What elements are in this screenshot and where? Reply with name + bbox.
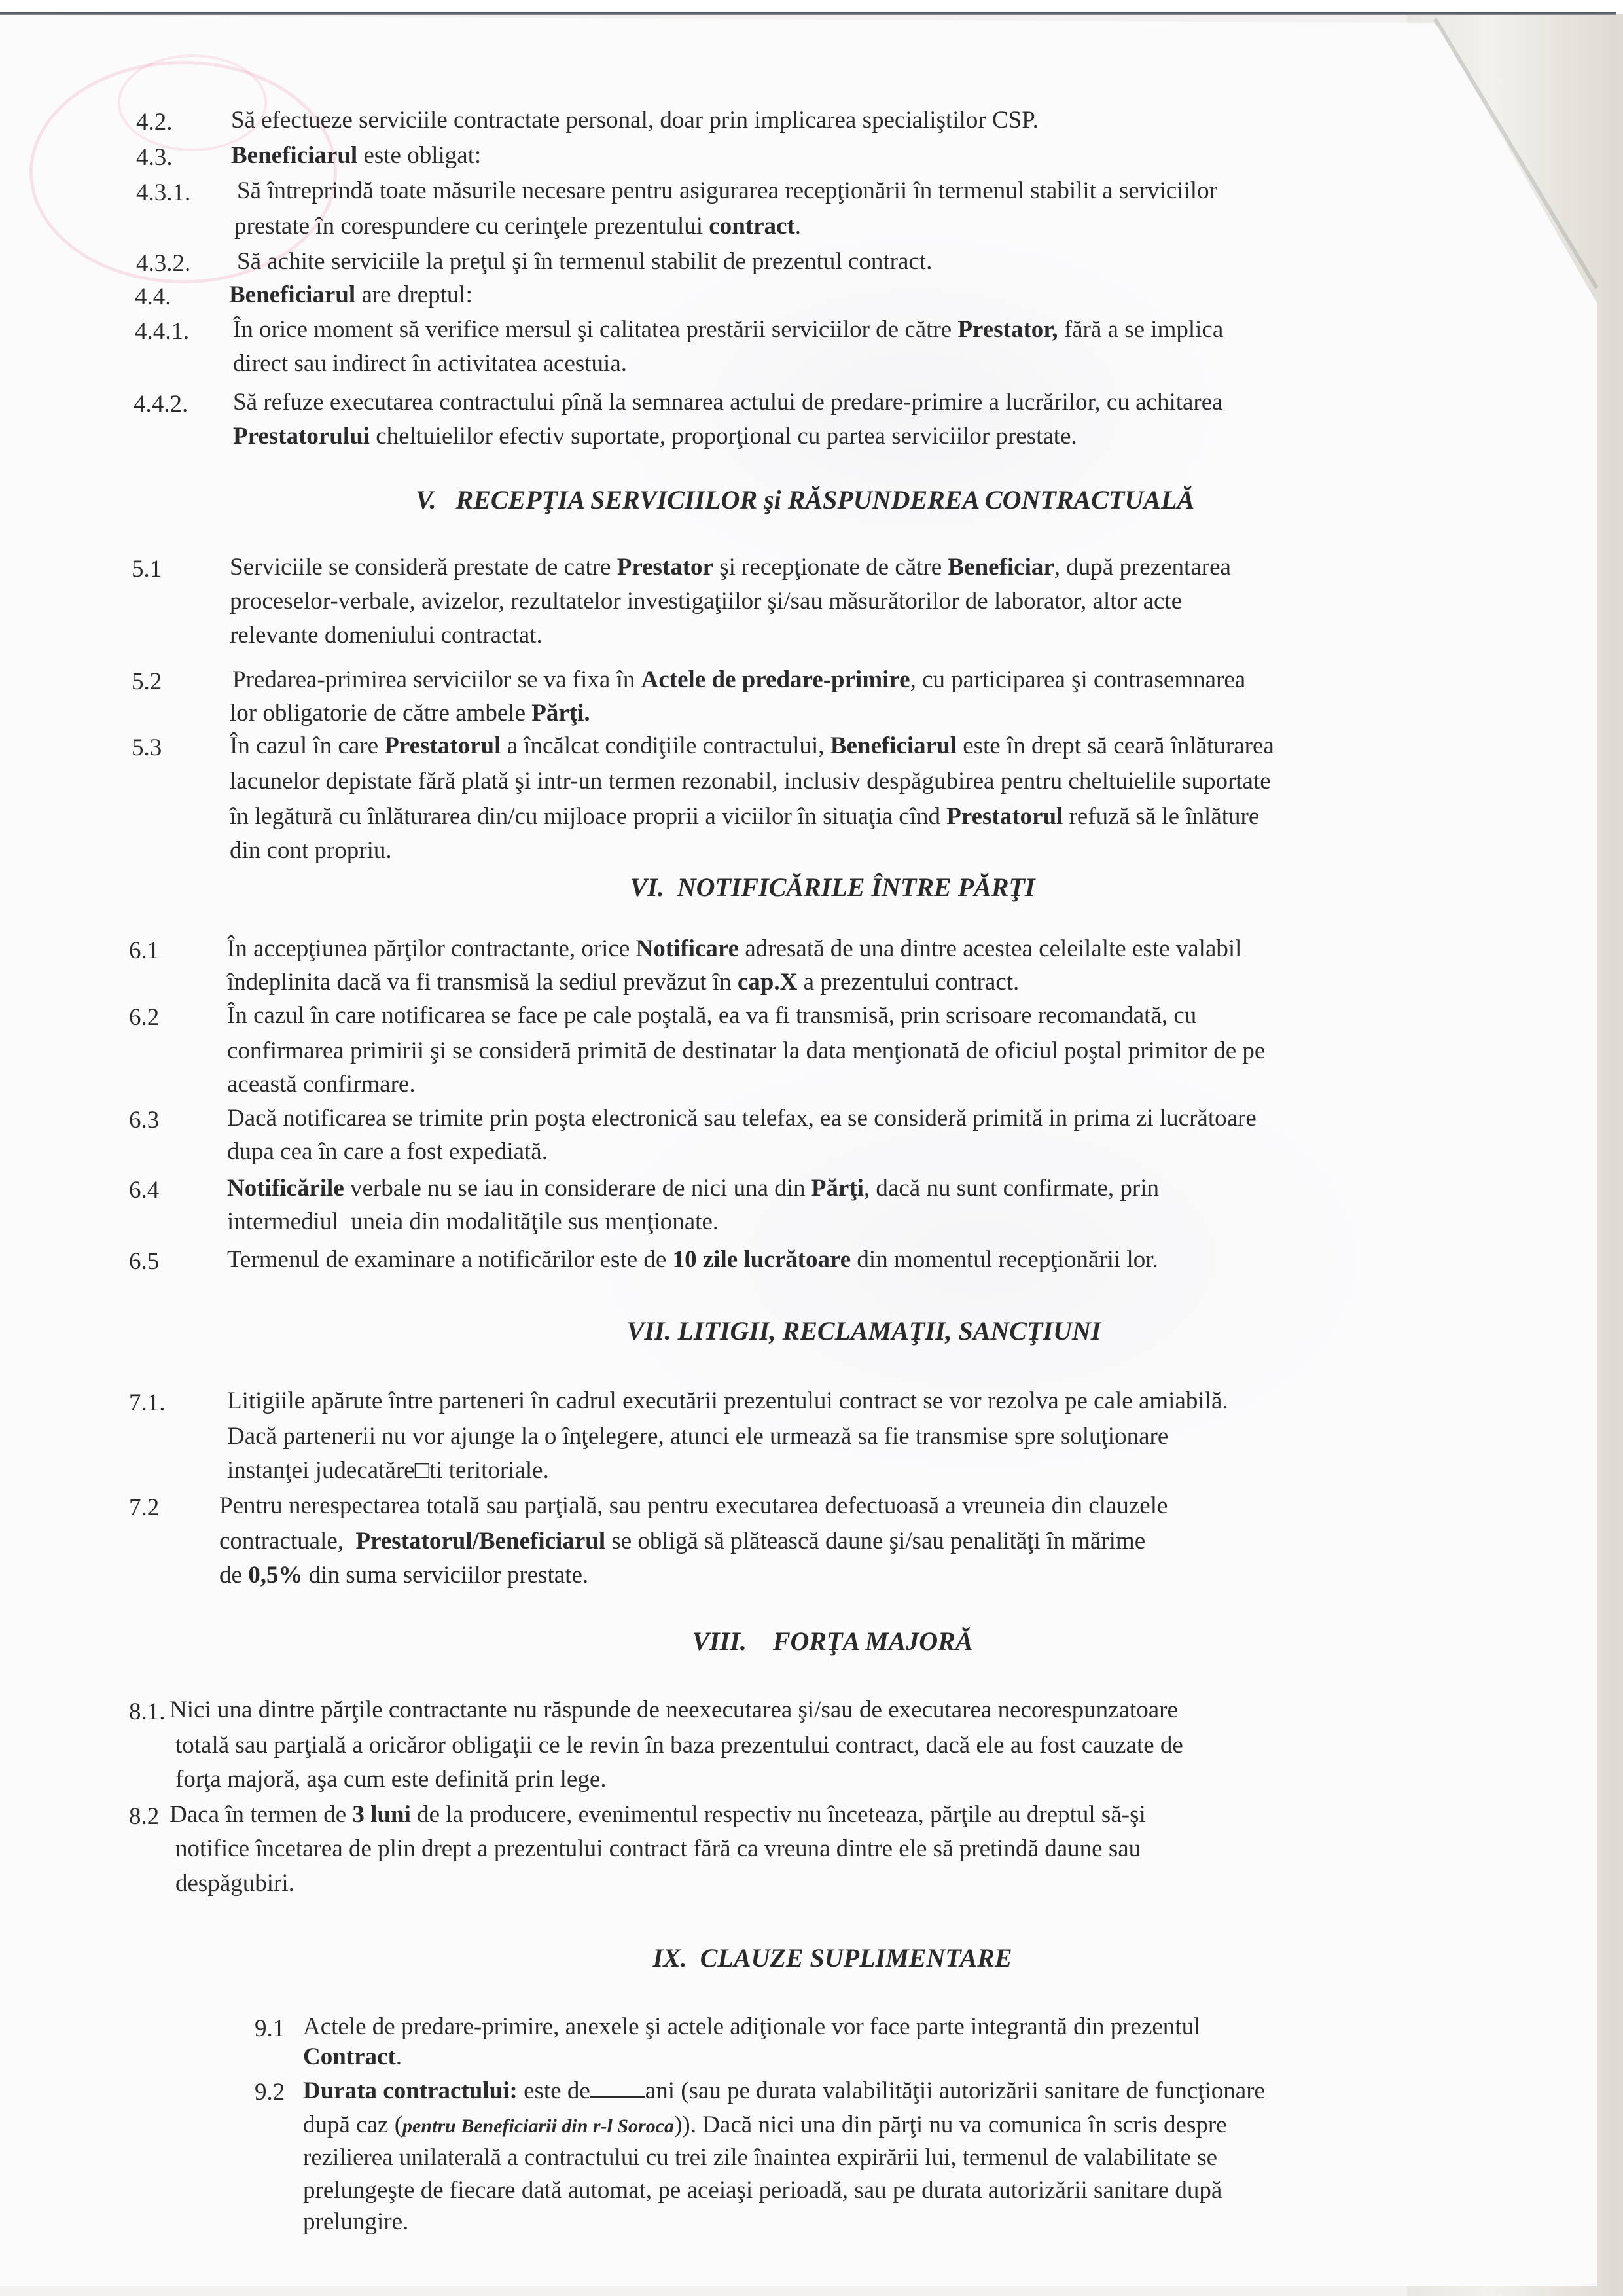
section-heading-v: V. RECEPŢIA SERVICIILOR şi RĂSPUNDEREA C… [416,484,1194,515]
clause-number: 9.1 [255,2015,285,2043]
text-run: din momentul recepţionării lor. [851,1246,1158,1273]
emphasized-term: Prestatorul [384,732,501,759]
text-run: Litigiile apărute între parteneri în cad… [227,1388,1228,1414]
clause-text-line: prelungeşte de fiecare dată automat, pe … [303,2178,1222,2202]
clause-number: 8.2 [129,1803,159,1831]
clause-number: 5.3 [132,734,162,762]
text-run: Pentru nerespectarea totală sau parţială… [219,1492,1168,1519]
section-heading-viii: VIII. FORŢA MAJORĂ [692,1626,972,1657]
clause-text-line: Durata contractului: este deani (sau pe … [303,2078,1265,2103]
text-run: această confirmare. [227,1071,416,1098]
clause-text-line: prelungire. [303,2210,408,2234]
clause-number: 7.2 [129,1494,159,1522]
emphasized-term: Durata contractului: [303,2077,518,2104]
clause-text-line: forţa majoră, aşa cum este definită prin… [175,1767,607,1791]
clause-text-line: Pentru nerespectarea totală sau parţială… [219,1494,1168,1518]
clause-text-line: direct sau indirect în activitatea acest… [233,351,627,376]
clause-number: 6.5 [129,1247,159,1276]
emphasized-term: Notificările [227,1175,344,1202]
clause-text-line: despăgubiri. [175,1871,294,1895]
clause-text-line: Termenul de examinare a notificărilor es… [227,1247,1158,1272]
clause-text-line: Actele de predare-primire, anexele şi ac… [303,2015,1200,2039]
emphasized-term: Prestator [617,554,713,581]
text-run: în legătură cu înlăturarea din/cu mijloa… [230,803,946,830]
clause-text-line: Beneficiarul are dreptul: [229,283,473,307]
text-run: cheltuielilor efectiv suportate, proporţ… [370,423,1077,450]
clause-text-line: dupa cea în care a fost expediată. [227,1139,548,1164]
text-run: refuză să le înlăture [1063,803,1259,830]
clause-number: 4.3.1. [136,179,190,207]
clause-text-line: totală sau parţială a oricăror obligaţii… [175,1733,1183,1757]
text-run: adresată de una dintre acestea celeilalt… [739,935,1241,962]
clause-text-line: Contract. [303,2045,402,2069]
text-run: )). Dacă nici una din părţi nu va comuni… [674,2111,1227,2138]
text-run: forţa majoră, aşa cum este definită prin… [175,1766,607,1793]
clause-number: 5.2 [132,668,162,696]
text-run: , dacă nu sunt confirmate, prin [864,1175,1159,1202]
emphasized-term: Părţi [811,1175,864,1202]
text-run: din cont propriu. [230,837,392,864]
text-run: prelungeşte de fiecare dată automat, pe … [303,2177,1222,2204]
text-run: Să refuze executarea contractului pînă l… [233,389,1223,416]
section-heading-ix: IX. CLAUZE SUPLIMENTARE [652,1943,1012,1973]
text-run: dupa cea în care a fost expediată. [227,1138,548,1165]
text-run: este în drept să ceară înlăturarea [957,732,1274,759]
text-run: În cazul în care [230,732,384,759]
clause-text-line: Dacă partenerii nu vor ajunge la o înţel… [227,1424,1168,1448]
clause-number: 4.4.2. [134,390,188,418]
emphasized-term: cap.X [738,969,797,996]
emphasized-term: Contract [303,2043,396,2070]
emphasized-term: Părţi. [531,700,590,726]
clause-number: 4.3. [136,143,173,171]
text-run: ani (sau pe durata valabilităţii autoriz… [645,2077,1265,2104]
text-run: verbale nu se iau in considerare de nici… [344,1175,811,1202]
clause-number: 5.1 [132,555,162,583]
clause-text-line: confirmarea primirii şi se consideră pri… [227,1039,1265,1063]
text-run: de la producere, evenimentul respectiv n… [411,1801,1146,1828]
clause-number: 8.1. [129,1698,166,1726]
clause-text-line: contractuale, Prestatorul/Beneficiarul s… [219,1529,1145,1553]
text-run: În cazul în care notificarea se face pe … [227,1002,1196,1029]
emphasized-term: Prestatorului [233,423,370,450]
text-run: lacunelor depistate fără plată şi intr-u… [230,768,1271,795]
clause-text-line: Să întreprindă toate măsurile necesare p… [237,179,1217,203]
clause-text-line: Să efectueze serviciile contractate pers… [231,108,1039,132]
clause-text-line: Notificările verbale nu se iau in consid… [227,1176,1159,1200]
clause-text-line: Beneficiarul este obligat: [231,143,481,168]
emphasized-term: Prestatorul/Beneficiarul [356,1528,606,1554]
clause-text-line: proceselor-verbale, avizelor, rezultatel… [230,589,1182,613]
text-run: instanţei judecatăre□ti teritoriale. [227,1457,549,1484]
clause-text-line: din cont propriu. [230,838,392,863]
text-run: rezilierea unilaterală a contractului cu… [303,2144,1217,2171]
fill-in-blank [590,2078,645,2098]
text-run: În accepţiunea părţilor contractante, or… [227,935,636,962]
clause-text-line: prestate în corespundere cu cerinţele pr… [234,214,801,238]
text-run: de [219,1562,248,1588]
emphasized-term: 0,5% [248,1562,302,1588]
clause-number: 6.3 [129,1106,159,1134]
clause-text-line: Prestatorului cheltuielilor efectiv supo… [233,424,1077,448]
clause-text-line: Să achite serviciile la preţul şi în ter… [237,249,932,274]
emphasized-term: contract [709,213,795,240]
clause-text-line: Dacă notificarea se trimite prin poşta e… [227,1106,1257,1130]
clause-text-line: Serviciile se consideră prestate de catr… [230,555,1231,579]
clause-text-line: notifice încetarea de plin drept a preze… [175,1837,1141,1861]
clause-text-line: lor obligatorie de către ambele Părţi. [230,701,590,725]
text-run: direct sau indirect în activitatea acest… [233,350,627,377]
clause-text-line: În accepţiunea părţilor contractante, or… [227,937,1241,961]
scanner-edge-line [0,12,1616,15]
clause-number: 6.2 [129,1003,159,1031]
clause-text-line: relevante domeniului contractat. [230,623,543,647]
clause-number: 4.4. [135,283,171,311]
text-run: are dreptul: [355,281,473,308]
text-run: . [396,2043,402,2070]
text-run: îndeplinita dacă va fi transmisă la sedi… [227,969,738,996]
text-run: Să achite serviciile la preţul şi în ter… [237,248,932,275]
text-run: este obligat: [357,142,481,169]
text-run: , cu participarea şi contrasemnarea [910,666,1246,693]
clause-text-line: de 0,5% din suma serviciilor prestate. [219,1563,588,1587]
text-run: a prezentului contract. [797,969,1019,996]
text-run: după caz ( [303,2111,402,2138]
text-run: , după prezentarea [1054,554,1231,581]
emphasized-term: Notificare [636,935,740,962]
text-run: se obligă să plătească daune şi/sau pena… [605,1528,1145,1554]
text-run: Dacă notificarea se trimite prin poşta e… [227,1105,1257,1132]
text-run: . [795,213,801,240]
clause-number: 6.4 [129,1176,159,1204]
text-run: totală sau parţială a oricăror obligaţii… [175,1732,1183,1759]
text-run: confirmarea primirii şi se consideră pri… [227,1037,1265,1064]
text-run: contractuale, [219,1528,356,1554]
clause-number: 4.3.2. [136,249,190,278]
clause-text-line: Litigiile apărute între parteneri în cad… [227,1389,1228,1413]
emphasized-term: pentru Beneficiarii din r-l Soroca [402,2115,674,2137]
clause-text-line: această confirmare. [227,1072,416,1096]
text-run: Actele de predare-primire, anexele şi ac… [303,2013,1200,2040]
text-run: Serviciile se consideră prestate de catr… [230,554,617,581]
text-run: Să efectueze serviciile contractate pers… [231,107,1039,134]
clause-text-line: Daca în termen de 3 luni de la producere… [169,1803,1146,1827]
faint-stamp-mark-inner [118,54,267,151]
text-run: proceselor-verbale, avizelor, rezultatel… [230,588,1182,615]
text-run: Dacă partenerii nu vor ajunge la o înţel… [227,1423,1168,1450]
emphasized-term: Prestatorul [946,803,1063,830]
text-run: fără a se implica [1058,316,1224,343]
document-page: 4.2.Să efectueze serviciile contractate … [0,15,1597,2286]
clause-text-line: instanţei judecatăre□ti teritoriale. [227,1458,549,1482]
section-heading-vi: VI. NOTIFICĂRILE ÎNTRE PĂRŢI [630,872,1035,903]
text-run: În orice moment să verifice mersul şi ca… [233,316,957,343]
text-run: relevante domeniului contractat. [230,622,543,649]
emphasized-term: 3 luni [352,1801,410,1828]
clause-number: 9.2 [255,2078,285,2106]
text-run: prelungire. [303,2208,408,2235]
text-run: despăgubiri. [175,1870,294,1897]
emphasized-term: Prestator, [957,316,1058,343]
text-run: notifice încetarea de plin drept a preze… [175,1835,1141,1862]
clause-text-line: Nici una dintre părţile contractante nu … [169,1698,1178,1722]
text-run: şi recepţionate de către [713,554,948,581]
section-heading-vii: VII. LITIGII, RECLAMAŢII, SANCŢIUNI [627,1316,1101,1346]
text-run: Predarea-primirea serviciilor se va fixa… [232,666,641,693]
text-run: lor obligatorie de către ambele [230,700,531,726]
clause-text-line: intermediul uneia din modalităţile sus m… [227,1210,719,1234]
clause-text-line: rezilierea unilaterală a contractului cu… [303,2145,1217,2170]
clause-text-line: În cazul în care notificarea se face pe … [227,1003,1196,1028]
clause-number: 6.1 [129,937,159,965]
emphasized-term: Beneficiarul [231,142,357,169]
clause-number: 4.4.1. [135,317,189,346]
text-run: Termenul de examinare a notificărilor es… [227,1246,673,1273]
text-run: Să întreprindă toate măsurile necesare p… [237,177,1217,204]
clause-number: 4.2. [136,108,173,136]
emphasized-term: Actele de predare-primire [641,666,910,693]
text-run: prestate în corespundere cu cerinţele pr… [234,213,709,240]
emphasized-term: Beneficiarul [830,732,957,759]
text-run: din suma serviciilor prestate. [302,1562,588,1588]
emphasized-term: 10 zile lucrătoare [673,1246,851,1273]
text-run: Nici una dintre părţile contractante nu … [169,1696,1178,1723]
clause-number: 7.1. [129,1389,166,1417]
clause-text-line: Să refuze executarea contractului pînă l… [233,390,1223,414]
emphasized-term: Beneficiarul [229,281,355,308]
text-run: intermediul uneia din modalităţile sus m… [227,1208,719,1235]
clause-text-line: după caz (pentru Beneficiarii din r-l So… [303,2113,1227,2137]
clause-text-line: În cazul în care Prestatorul a încălcat … [230,734,1274,758]
text-run: este de [518,2077,590,2104]
clause-text-line: Predarea-primirea serviciilor se va fixa… [232,668,1245,692]
clause-text-line: în legătură cu înlăturarea din/cu mijloa… [230,804,1259,829]
clause-text-line: În orice moment să verifice mersul şi ca… [233,317,1223,342]
text-run: a încălcat condiţiile contractului, [501,732,830,759]
text-run: Daca în termen de [169,1801,352,1828]
clause-text-line: lacunelor depistate fără plată şi intr-u… [230,769,1271,793]
emphasized-term: Beneficiar [948,554,1054,581]
clause-text-line: îndeplinita dacă va fi transmisă la sedi… [227,970,1019,994]
